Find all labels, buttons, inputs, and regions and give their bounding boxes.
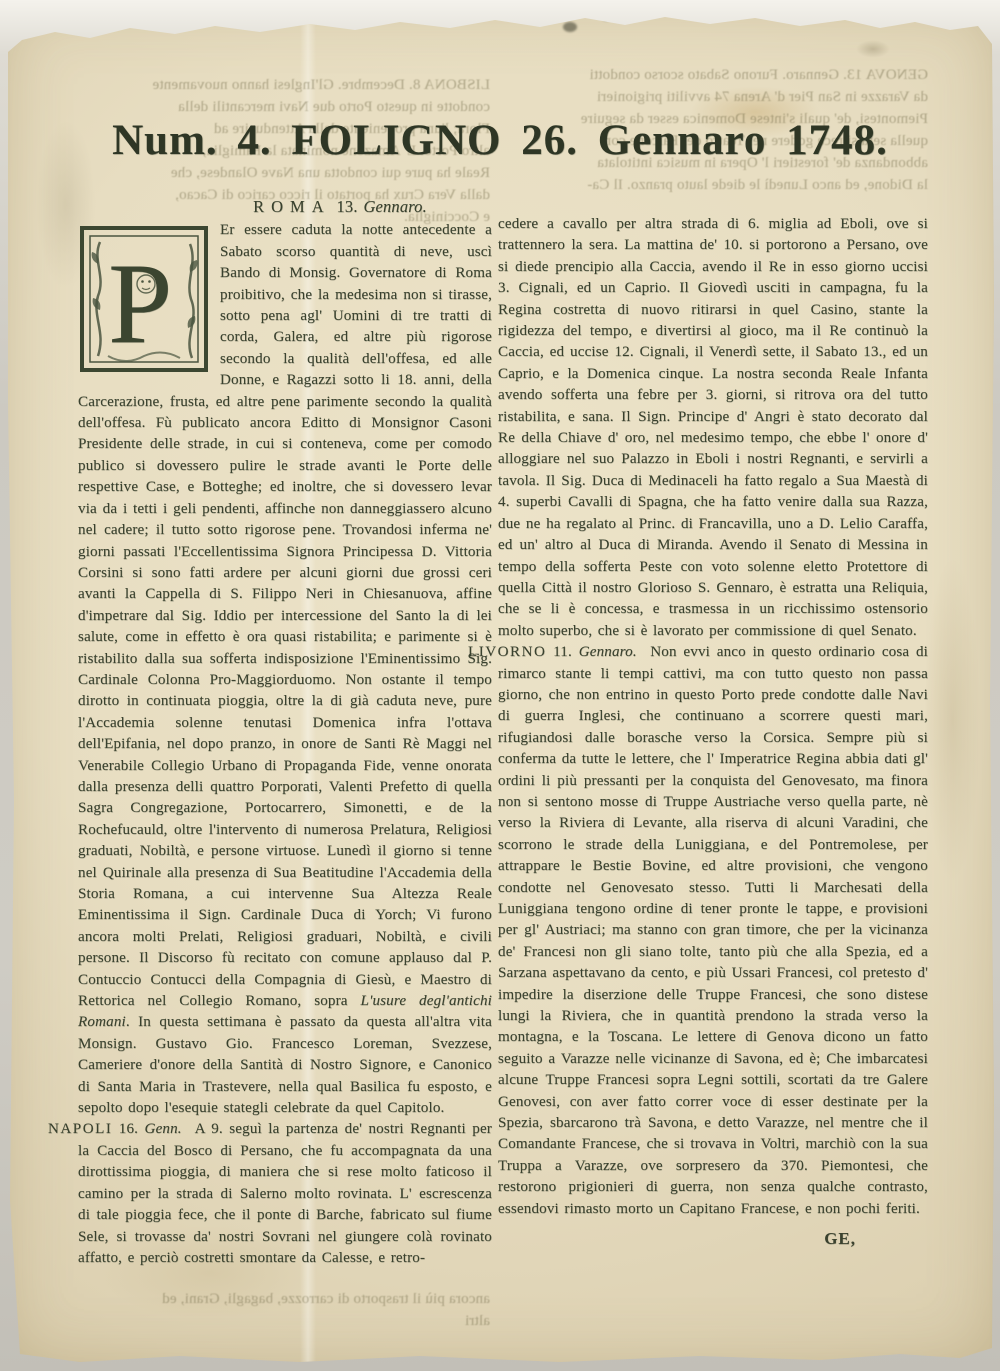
bleedthrough-line: ancora più il trasporto di carrozze, bag… (90, 1288, 490, 1310)
bleedthrough-line: Reale ha pure qui condotta una Nave Olan… (80, 162, 490, 184)
column-left: ROMA 13. Gennaro. P (78, 196, 492, 1269)
roma-date: 13. (337, 197, 358, 216)
bleedthrough-line: altri (90, 1310, 490, 1332)
livorno-article: LIVORNO 11. Gennaro. Non evvi anco in qu… (498, 642, 928, 1220)
bleedthrough-line: la Didone, ed anco Lunedì le diede lauto… (500, 174, 928, 196)
livorno-body-text: Non evvi anco in questo ordinario cosa d… (498, 644, 928, 1217)
ornate-initial-frame-icon: P (78, 224, 210, 374)
ornate-initial-p: P (78, 224, 210, 374)
napoli-month: Genn. (145, 1121, 182, 1137)
napoli-date: 16. (119, 1121, 138, 1137)
bleedthrough-line: da Varazze in San Pier d' Arena 74 avvil… (500, 86, 928, 108)
initial-letter: P (108, 240, 173, 368)
bleedthrough-line: LISBONA 8. Decembre. Gl'Inglesi hanno nu… (80, 74, 490, 96)
roma-article: P Er essere caduta la notte antecedente … (78, 220, 492, 1119)
roma-body-text-2: . In questa settimana è passato da quest… (78, 1014, 492, 1116)
catchword: GE, (498, 1228, 928, 1249)
masthead-title: Num. 4. FOLIGNO 26. Gennaro 1748. (55, 116, 945, 165)
roma-month: Gennaro. (363, 197, 426, 216)
napoli-continuation-text: cedere a cavallo per altra strada di 6. … (498, 216, 928, 639)
roma-dateline: ROMA 13. Gennaro. (78, 196, 492, 217)
napoli-continuation: cedere a cavallo per altra strada di 6. … (498, 214, 928, 642)
paper-stain (856, 40, 890, 58)
ink-speck (563, 22, 577, 32)
napoli-article: NAPOLI 16. Genn. A 9. seguì la partenza … (78, 1119, 492, 1269)
roma-city-name: ROMA (253, 197, 331, 216)
ink-speck (602, 13, 610, 21)
column-right: cedere a cavallo per altra strada di 6. … (498, 214, 928, 1250)
livorno-month: Gennaro. (579, 644, 637, 660)
bleedthrough-line: condotte in questo Porto due Navi mercan… (80, 96, 490, 118)
livorno-date: 11. (553, 644, 572, 660)
newspaper-page: LISBONA 8. Decembre. Gl'Inglesi hanno nu… (0, 0, 1000, 1371)
bleedthrough-block-bottom-left: ancora più il trasporto di carrozze, bag… (90, 1288, 490, 1332)
paper-stain (925, 560, 980, 880)
bleedthrough-line: GENOVA 13. Gennaro. Furono Sabato scorso… (500, 64, 928, 86)
napoli-city-name: NAPOLI (48, 1121, 112, 1137)
livorno-city-name: LIVORNO (468, 644, 546, 660)
napoli-body-text: A 9. seguì la partenza de' nostri Regnan… (78, 1121, 492, 1265)
masthead: Num. 4. FOLIGNO 26. Gennaro 1748. (55, 116, 945, 165)
